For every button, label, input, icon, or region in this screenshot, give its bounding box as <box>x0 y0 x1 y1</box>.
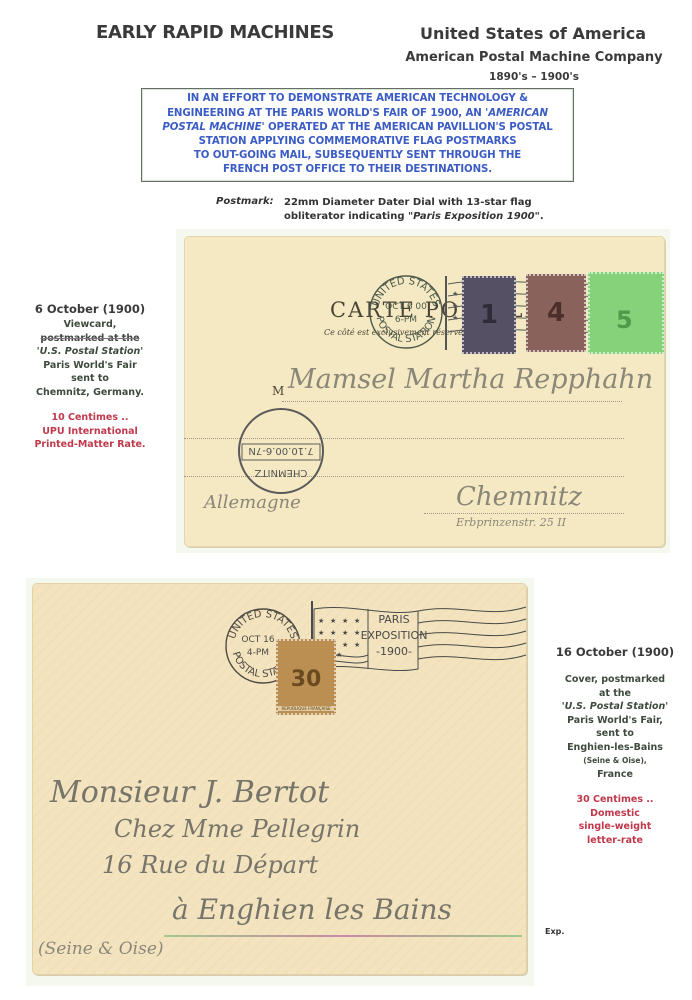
destination-city: Chemnitz <box>456 482 582 512</box>
item2-date: 16 October (1900) <box>545 645 685 659</box>
postmark-label: Postmark: <box>216 196 274 207</box>
era-label: 1890's – 1900's <box>404 71 664 83</box>
svg-text:★: ★ <box>342 641 348 649</box>
svg-text:★: ★ <box>330 617 336 625</box>
intro-line-1: IN AN EFFORT TO DEMONSTRATE AMERICAN TEC… <box>187 92 528 106</box>
svg-text:EXPOSITION: EXPOSITION <box>361 629 428 642</box>
stamp-1-centime: 1 <box>462 276 516 354</box>
stamp-4-centimes: 4 <box>526 274 586 352</box>
svg-text:★: ★ <box>354 629 360 637</box>
underline <box>164 935 522 937</box>
item1-description: Viewcard, postmarked at the 'U.S. Postal… <box>30 318 150 399</box>
exp-note: Exp. <box>545 927 564 936</box>
svg-text:★: ★ <box>452 302 458 310</box>
svg-text:7.10.00.6-7N: 7.10.00.6-7N <box>248 445 313 456</box>
recipient-name: Monsieur J. Bertot <box>50 775 329 810</box>
svg-text:6-PM: 6-PM <box>395 315 417 325</box>
svg-text:★: ★ <box>452 290 458 298</box>
addressee-name: Mamsel Martha Repphahn <box>288 364 653 395</box>
country-title: United States of America <box>418 24 648 43</box>
intro-line-2: ENGINEERING AT THE PARIS WORLD'S FAIR OF… <box>167 107 548 121</box>
item2-caption: 16 October (1900) Cover, postmarked at t… <box>545 645 685 847</box>
stamp-5-centimes: 5 <box>588 272 664 354</box>
svg-text:★: ★ <box>342 629 348 637</box>
us-postal-station-dater-icon: UNITED STATES POSTAL STATION OCT 6 00 6-… <box>366 272 446 352</box>
svg-text:4-PM: 4-PM <box>247 648 269 658</box>
svg-text:★: ★ <box>330 629 336 637</box>
intro-line-5: TO OUT-GOING MAIL, SUBSEQUENTLY SENT THR… <box>194 149 521 163</box>
svg-text:CHEMNITZ: CHEMNITZ <box>254 467 307 478</box>
recipient-care-of: Chez Mme Pellegrin <box>114 815 360 843</box>
svg-text:PARIS: PARIS <box>378 613 409 626</box>
item1-rate: 10 Centimes .. UPU International Printed… <box>30 411 150 452</box>
company-title: American Postal Machine Company <box>404 50 664 65</box>
section-title: EARLY RAPID MACHINES <box>96 22 334 43</box>
recipient-city: à Enghien les Bains <box>172 893 452 926</box>
cover-image: UNITED STATES POSTAL STATION OCT 16 4-PM… <box>32 583 527 975</box>
intro-line-4: STATION APPLYING COMMEMORATIVE FLAG POST… <box>199 135 517 149</box>
svg-text:OCT 16: OCT 16 <box>241 635 274 645</box>
postcard-image: CARTE POSTALE Ce côté est exclusivement … <box>184 236 665 547</box>
street-address: Erbprinzenstr. 25 II <box>456 516 566 529</box>
svg-text:★: ★ <box>318 629 324 637</box>
svg-text:★: ★ <box>342 617 348 625</box>
recipient-region: (Seine & Oise) <box>38 939 164 959</box>
svg-text:★: ★ <box>452 314 458 322</box>
svg-text:★: ★ <box>354 617 360 625</box>
intro-line-6: FRENCH POST OFFICE TO THEIR DESTINATIONS… <box>223 163 492 177</box>
svg-text:★: ★ <box>318 617 324 625</box>
svg-text:OCT 6 00: OCT 6 00 <box>385 302 427 312</box>
item2-description: Cover, postmarked at the 'U.S. Postal St… <box>545 673 685 781</box>
postmark-description: 22mm Diameter Dater Dial with 13-star fl… <box>284 196 544 224</box>
svg-text:★: ★ <box>354 641 360 649</box>
intro-line-3: POSTAL MACHINE' OPERATED AT THE AMERICAN… <box>162 121 552 135</box>
paris-exposition-flag-icon: ★★★★ ★★★★ ★★★★ ★ PARIS EXPOSITION -1900- <box>308 599 527 679</box>
chemnitz-arrival-dater-icon: 7.10.00.6-7N CHEMNITZ <box>236 406 326 496</box>
svg-text:-1900-: -1900- <box>376 645 412 658</box>
item1-caption: 6 October (1900) Viewcard, postmarked at… <box>30 302 150 452</box>
recipient-street: 16 Rue du Départ <box>102 851 318 879</box>
intro-textbox: IN AN EFFORT TO DEMONSTRATE AMERICAN TEC… <box>141 88 574 182</box>
item2-rate: 30 Centimes .. Domestic single-weight le… <box>545 793 685 847</box>
address-prefix: M <box>272 384 284 398</box>
item1-date: 6 October (1900) <box>30 302 150 316</box>
stamp-30-centimes: 30 REPUBLIQUE FRANÇAISE <box>276 639 336 715</box>
